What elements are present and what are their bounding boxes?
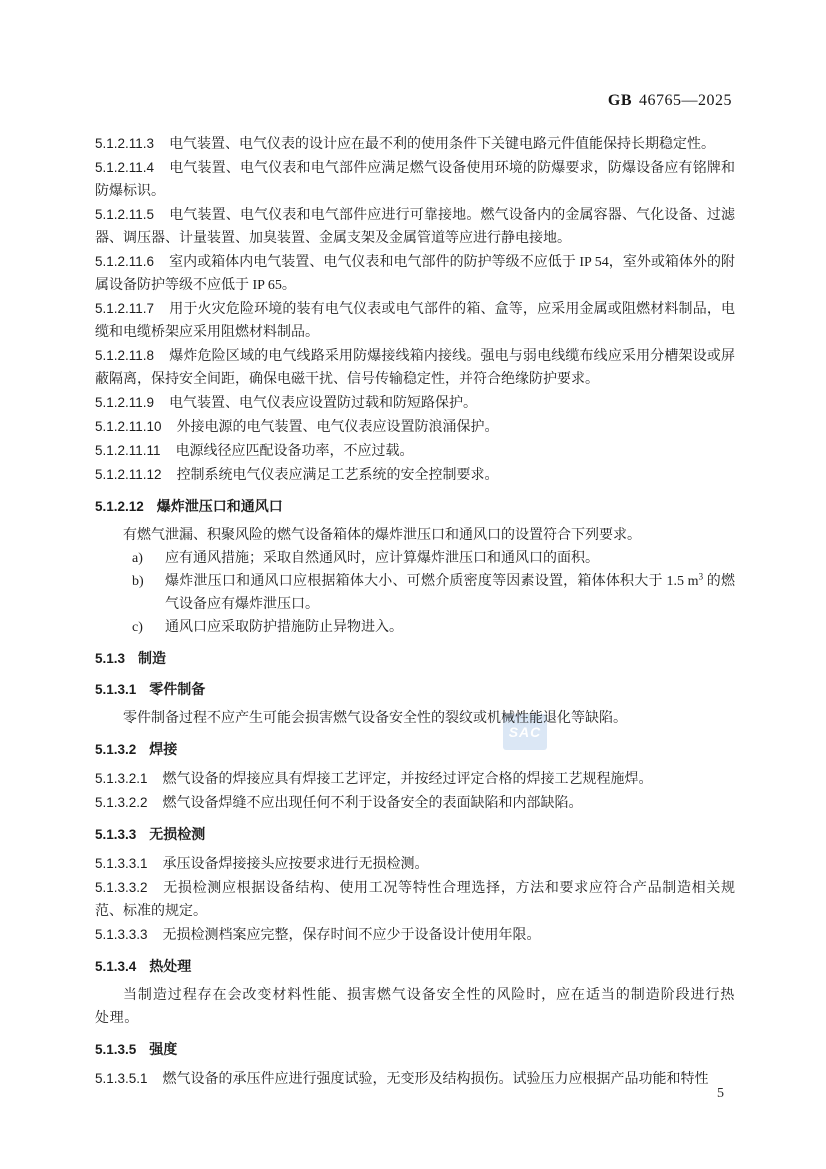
heading-number: 5.1.3.3 — [95, 827, 136, 842]
clause-number: 5.1.2.11.4 — [95, 160, 154, 175]
standard-code-prefix: GB — [608, 92, 632, 109]
clause-text: 电气装置、电气仪表和电气部件应满足燃气设备使用环境的防爆要求，防爆设备应有铭牌和… — [95, 161, 735, 199]
clause-number: 5.1.2.11.7 — [95, 301, 154, 316]
standard-code: GB46765—2025 — [608, 92, 732, 110]
clause-text: 电源线径应匹配设备功率，不应过载。 — [176, 444, 414, 459]
clause-number: 5.1.3.3.1 — [95, 856, 148, 871]
page-number: 5 — [717, 1086, 724, 1102]
heading-number: 5.1.3.2 — [95, 742, 136, 757]
section-heading-5.1.3.3: 5.1.3.3无损检测 — [95, 823, 735, 846]
clause-5.1.2.11.9: 5.1.2.11.9电气装置、电气仪表应设置防过载和防短路保护。 — [95, 391, 735, 415]
clause-5.1.3.3.3: 5.1.3.3.3无损检测档案应完整，保存时间不应少于设备设计使用年限。 — [95, 923, 735, 947]
clause-5.1.2.11.10: 5.1.2.11.10外接电源的电气装置、电气仪表应设置防浪涌保护。 — [95, 415, 735, 439]
clause-number: 5.1.3.2.2 — [95, 795, 148, 810]
clause-number: 5.1.2.11.8 — [95, 348, 154, 363]
heading-number: 5.1.3.1 — [95, 682, 136, 697]
list-item-text: 爆炸泄压口和通风口应根据箱体大小、可燃介质密度等因素设置，箱体体积大于 1.5 … — [165, 570, 735, 616]
clause-text: 无损检测档案应完整，保存时间不应少于设备设计使用年限。 — [163, 928, 541, 943]
section-heading-5.1.3.2: 5.1.3.2焊接 — [95, 738, 735, 761]
clause-5.1.2.11.7: 5.1.2.11.7用于火灾危险环境的装有电气仪表或电气部件的箱、盒等，应采用金… — [95, 297, 735, 344]
clause-text: 燃气设备焊缝不应出现任何不利于设备安全的表面缺陷和内部缺陷。 — [163, 796, 583, 811]
clause-5.1.2.11.5: 5.1.2.11.5电气装置、电气仪表和电气部件应进行可靠接地。燃气设备内的金属… — [95, 203, 735, 250]
clause-5.1.2.11.3: 5.1.2.11.3电气装置、电气仪表的设计应在最不利的使用条件下关键电路元件值… — [95, 132, 735, 156]
clause-text: 电气装置、电气仪表的设计应在最不利的使用条件下关键电路元件值能保持长期稳定性。 — [169, 137, 715, 152]
list-item-b: b) 爆炸泄压口和通风口应根据箱体大小、可燃介质密度等因素设置，箱体体积大于 1… — [95, 570, 735, 616]
clause-text: 承压设备焊接接头应按要求进行无损检测。 — [163, 857, 429, 872]
standard-code-number: 46765—2025 — [639, 92, 732, 109]
paragraph-5.1.3.1: 零件制备过程不应产生可能会损害燃气设备安全性的裂纹或机械性能退化等缺陷。 — [95, 707, 735, 730]
clause-number: 5.1.3.3.3 — [95, 927, 148, 942]
clause-number: 5.1.2.11.12 — [95, 467, 162, 482]
clause-5.1.3.3.1: 5.1.3.3.1承压设备焊接接头应按要求进行无损检测。 — [95, 852, 735, 876]
clause-5.1.2.11.8: 5.1.2.11.8爆炸危险区域的电气线路采用防爆接线箱内接线。强电与弱电线缆布… — [95, 344, 735, 391]
list-marker: c) — [95, 616, 165, 639]
heading-title: 热处理 — [149, 958, 191, 974]
heading-title: 焊接 — [149, 741, 177, 757]
heading-number: 5.1.3 — [95, 651, 125, 666]
clause-text: 用于火灾危险环境的装有电气仪表或电气部件的箱、盒等，应采用金属或阻燃材料制品，电… — [95, 302, 735, 340]
clause-5.1.2.11.6: 5.1.2.11.6室内或箱体内电气装置、电气仪表和电气部件的防护等级不应低于 … — [95, 250, 735, 297]
clause-text: 电气装置、电气仪表和电气部件应进行可靠接地。燃气设备内的金属容器、气化设备、过滤… — [95, 208, 735, 246]
clause-text: 电气装置、电气仪表应设置防过载和防短路保护。 — [169, 396, 477, 411]
list-item-text: 通风口应采取防护措施防止异物进入。 — [165, 616, 735, 639]
clause-number: 5.1.3.3.2 — [95, 880, 148, 895]
heading-title: 无损检测 — [149, 826, 205, 842]
document-page: GB46765—2025 SAC 5.1.2.11.3电气装置、电气仪表的设计应… — [0, 0, 826, 1169]
section-heading-5.1.3.4: 5.1.3.4热处理 — [95, 955, 735, 978]
clause-text: 无损检测应根据设备结构、使用工况等特性合理选择，方法和要求应符合产品制造相关规范… — [95, 881, 735, 919]
section-heading-5.1.3.5: 5.1.3.5强度 — [95, 1038, 735, 1061]
clause-text: 爆炸危险区域的电气线路采用防爆接线箱内接线。强电与弱电线缆布线应采用分槽架设或屏… — [95, 349, 735, 387]
heading-number: 5.1.3.4 — [95, 959, 136, 974]
clause-text: 外接电源的电气装置、电气仪表应设置防浪涌保护。 — [177, 420, 499, 435]
list-item-c: c) 通风口应采取防护措施防止异物进入。 — [95, 616, 735, 639]
clause-text: 控制系统电气仪表应满足工艺系统的安全控制要求。 — [177, 468, 499, 483]
section-heading-5.1.2.12: 5.1.2.12爆炸泄压口和通风口 — [95, 495, 735, 518]
list-item-a: a) 应有通风措施；采取自然通风时，应计算爆炸泄压口和通风口的面积。 — [95, 547, 735, 570]
clause-text: 燃气设备的承压件应进行强度试验，无变形及结构损伤。试验压力应根据产品功能和特性 — [163, 1072, 709, 1087]
section-heading-5.1.3.1: 5.1.3.1零件制备 — [95, 678, 735, 701]
clause-5.1.2.11.4: 5.1.2.11.4电气装置、电气仪表和电气部件应满足燃气设备使用环境的防爆要求… — [95, 156, 735, 203]
clause-number: 5.1.2.11.10 — [95, 419, 162, 434]
list-item-text: 应有通风措施；采取自然通风时，应计算爆炸泄压口和通风口的面积。 — [165, 547, 735, 570]
clause-number: 5.1.3.5.1 — [95, 1071, 148, 1086]
clause-5.1.3.5.1: 5.1.3.5.1燃气设备的承压件应进行强度试验，无变形及结构损伤。试验压力应根… — [95, 1067, 735, 1091]
ordered-list: a) 应有通风措施；采取自然通风时，应计算爆炸泄压口和通风口的面积。 b) 爆炸… — [95, 547, 735, 639]
heading-number: 5.1.2.12 — [95, 499, 144, 514]
clause-number: 5.1.3.2.1 — [95, 771, 148, 786]
clause-number: 5.1.2.11.3 — [95, 136, 154, 151]
section-heading-5.1.3: 5.1.3制造 — [95, 647, 735, 670]
list-marker: b) — [95, 570, 165, 616]
paragraph-intro-5.1.2.12: 有燃气泄漏、积聚风险的燃气设备箱体的爆炸泄压口和通风口的设置符合下列要求。 — [95, 524, 735, 547]
clause-number: 5.1.2.11.6 — [95, 254, 154, 269]
clause-5.1.3.2.2: 5.1.3.2.2燃气设备焊缝不应出现任何不利于设备安全的表面缺陷和内部缺陷。 — [95, 791, 735, 815]
clause-5.1.3.2.1: 5.1.3.2.1燃气设备的焊接应具有焊接工艺评定，并按经过评定合格的焊接工艺规… — [95, 767, 735, 791]
heading-title: 爆炸泄压口和通风口 — [157, 498, 283, 514]
heading-title: 零件制备 — [149, 681, 205, 697]
list-item-text-before: 爆炸泄压口和通风口应根据箱体大小、可燃介质密度等因素设置，箱体体积大于 1.5 … — [165, 574, 699, 589]
clause-number: 5.1.2.11.11 — [95, 443, 161, 458]
document-body: 5.1.2.11.3电气装置、电气仪表的设计应在最不利的使用条件下关键电路元件值… — [95, 132, 735, 1091]
clause-text: 室内或箱体内电气装置、电气仪表和电气部件的防护等级不应低于 IP 54，室外或箱… — [95, 255, 735, 293]
heading-title: 强度 — [149, 1041, 177, 1057]
clause-text: 燃气设备的焊接应具有焊接工艺评定，并按经过评定合格的焊接工艺规程施焊。 — [163, 772, 653, 787]
clause-number: 5.1.2.11.5 — [95, 207, 154, 222]
clause-5.1.2.11.11: 5.1.2.11.11电源线径应匹配设备功率，不应过载。 — [95, 439, 735, 463]
clause-5.1.3.3.2: 5.1.3.3.2无损检测应根据设备结构、使用工况等特性合理选择，方法和要求应符… — [95, 876, 735, 923]
paragraph-5.1.3.4: 当制造过程存在会改变材料性能、损害燃气设备安全性的风险时，应在适当的制造阶段进行… — [95, 984, 735, 1030]
heading-number: 5.1.3.5 — [95, 1042, 136, 1057]
clause-5.1.2.11.12: 5.1.2.11.12控制系统电气仪表应满足工艺系统的安全控制要求。 — [95, 463, 735, 487]
list-marker: a) — [95, 547, 165, 570]
clause-number: 5.1.2.11.9 — [95, 395, 154, 410]
heading-title: 制造 — [138, 650, 166, 666]
